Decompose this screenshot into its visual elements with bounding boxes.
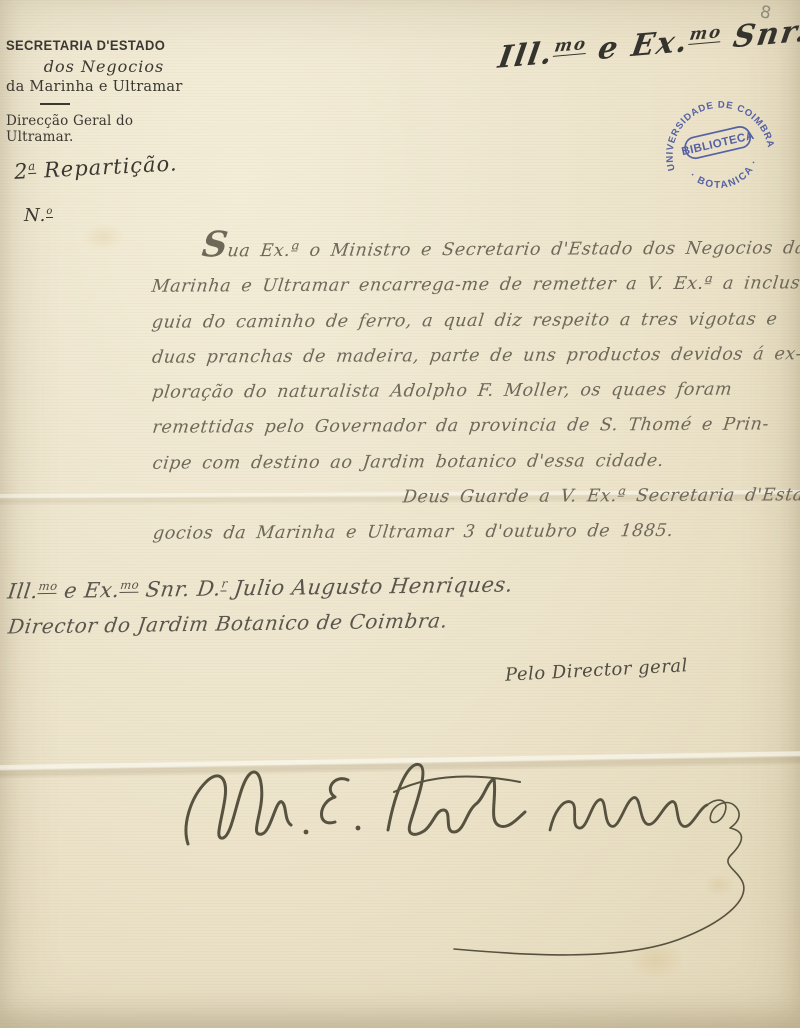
addressee-block: Ill.mo e Ex.mo Snr. D.r Julio Augusto He… (8, 572, 514, 638)
body-line: Marinha e Ultramar encarrega-me de remet… (150, 267, 800, 306)
salutation-script: Ill.mo e Ex.mo Snr. (496, 15, 791, 76)
addressee-name-line: Ill.mo e Ex.mo Snr. D.r Julio Augusto He… (6, 572, 514, 603)
addressee-text: Snr. D. (137, 577, 222, 602)
salutation-superscript: mo (688, 22, 724, 45)
letterhead-divider (40, 103, 70, 105)
addressee-superscript: mo (119, 578, 140, 593)
stamp-arc-bottom-text: · BOTANICA · (686, 155, 765, 198)
per-director-general-line: Pelo Director geral (505, 655, 689, 686)
body-line: remettidas pelo Governador da provincia … (150, 408, 800, 447)
document-number-label: N.o (24, 205, 202, 226)
letterhead-direccao-line: Direcção Geral do Ultramar. (6, 113, 202, 145)
number-n: N. (24, 205, 46, 226)
body-line: Sua Ex.ª o Ministro e Secretario d'Estad… (149, 224, 800, 270)
reparticao-line: 2a Repartição. (14, 150, 203, 184)
body-line: ploração do naturalista Adolpho F. Molle… (150, 372, 800, 411)
body-line: duas pranchas de madeira, parte de uns p… (150, 337, 800, 376)
addressee-superscript: mo (38, 579, 59, 594)
addressee-text: Ill. (6, 579, 39, 603)
addressee-text: e Ex. (56, 578, 122, 603)
letterhead-secretaria-line: SECRETARIA D'ESTADO (6, 38, 194, 53)
number-superscript: o (46, 206, 53, 218)
body-line: guia do caminho de ferro, a qual diz res… (150, 302, 800, 341)
salutation-superscript: mo (553, 34, 589, 57)
library-stamp-graphic: UNIVERSIDADE DE COIMBRA BIBLIOTECA · BOT… (646, 72, 790, 216)
body-line: gocios da Marinha e Ultramar 3 d'outubro… (151, 514, 800, 553)
salutation-text: Snr. (718, 13, 800, 56)
body-line: cipe com destino ao Jardim botanico d'es… (150, 443, 800, 482)
signature-strokes (182, 742, 747, 987)
addressee-text: Julio Augusto Henriques. (226, 572, 515, 600)
signature-autograph (182, 742, 747, 987)
stamp-arc-top-text: UNIVERSIDADE DE COIMBRA (654, 88, 777, 171)
library-stamp: UNIVERSIDADE DE COIMBRA BIBLIOTECA · BOT… (646, 72, 790, 216)
addressee-title-line: Director do Jardim Botanico de Coimbra. (7, 607, 515, 638)
letter-page: SECRETARIA D'ESTADO dos Negocios da Mari… (0, 0, 800, 1028)
letter-body: Sua Ex.ª o Ministro e Secretario d'Estad… (149, 224, 800, 552)
paper-stain (82, 224, 124, 250)
body-line: Deus Guarde a V. Ex.ª Secretaria d'Estad… (151, 478, 800, 517)
letterhead-negocios-line: dos Negocios (6, 57, 202, 76)
salutation-text: Ill. (496, 36, 557, 76)
letterhead: SECRETARIA D'ESTADO dos Negocios da Mari… (6, 38, 202, 226)
letterhead-marinha-line: da Marinha e Ultramar (6, 79, 202, 95)
reparticao-word: Repartição. (36, 151, 178, 182)
salutation-text: e Ex. (583, 24, 691, 69)
